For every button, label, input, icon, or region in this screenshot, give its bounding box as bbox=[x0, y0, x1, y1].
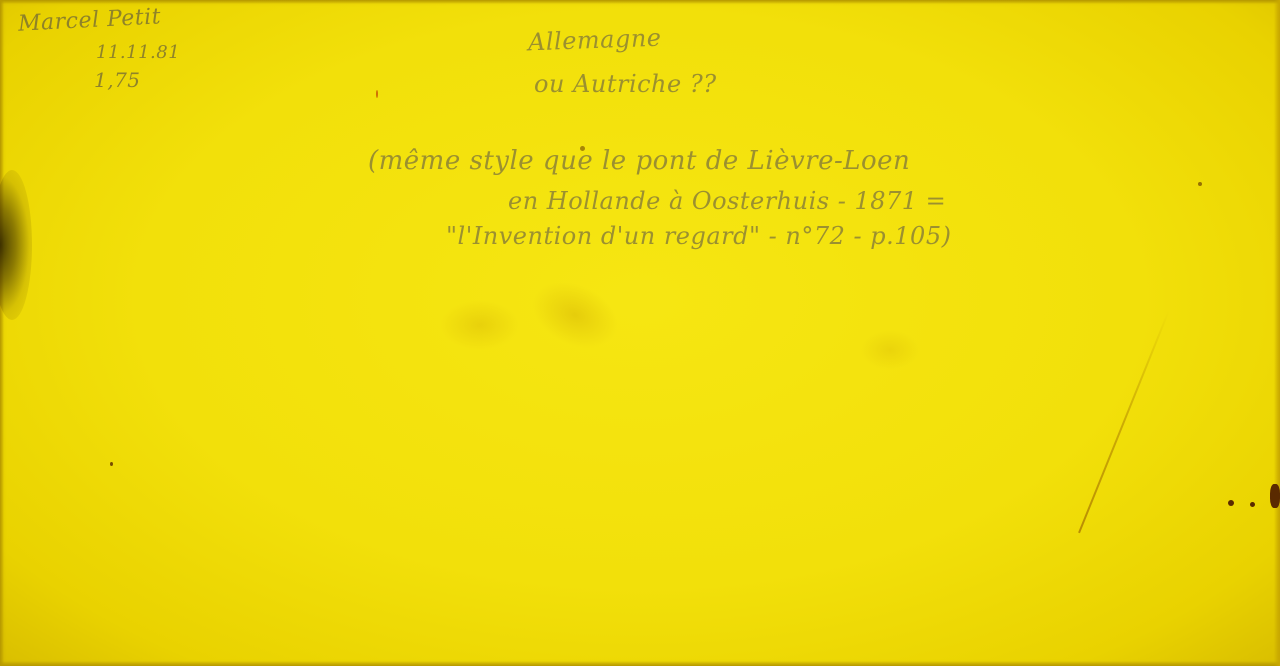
stereoview-card-back: Marcel Petit 11.11.81 1,75 Allemagne ou … bbox=[0, 0, 1280, 666]
foxing-stain bbox=[522, 269, 629, 361]
reference-note-line-2: en Hollande à Oosterhuis - 1871 = bbox=[508, 187, 946, 215]
dark-spot bbox=[1228, 500, 1234, 506]
reference-note-line-1: (même style que le pont de Lièvre-Loen bbox=[368, 146, 910, 176]
dark-spot bbox=[1250, 502, 1255, 507]
reference-note-line-3: "l'Invention d'un regard" - n°72 - p.105… bbox=[446, 222, 951, 250]
acquisition-date: 11.11.81 bbox=[96, 42, 180, 63]
red-mark bbox=[376, 90, 378, 98]
left-edge-smudge bbox=[0, 170, 32, 320]
dark-spot bbox=[1198, 182, 1202, 186]
dark-spot bbox=[1270, 484, 1280, 508]
card-edge-top bbox=[0, 0, 1280, 4]
location-guess-line-2: ou Autriche ?? bbox=[534, 70, 717, 98]
price-note: 1,75 bbox=[94, 68, 141, 92]
location-guess-line-1: Allemagne bbox=[528, 24, 662, 57]
card-edge-bottom bbox=[0, 661, 1280, 666]
diagonal-crease bbox=[1078, 310, 1170, 533]
collector-name: Marcel Petit bbox=[17, 4, 161, 36]
card-edge-left bbox=[0, 0, 4, 666]
foxing-stain bbox=[440, 300, 520, 350]
card-edge-right bbox=[1274, 0, 1280, 666]
dark-spot bbox=[110, 462, 113, 466]
foxing-stain bbox=[860, 330, 920, 370]
